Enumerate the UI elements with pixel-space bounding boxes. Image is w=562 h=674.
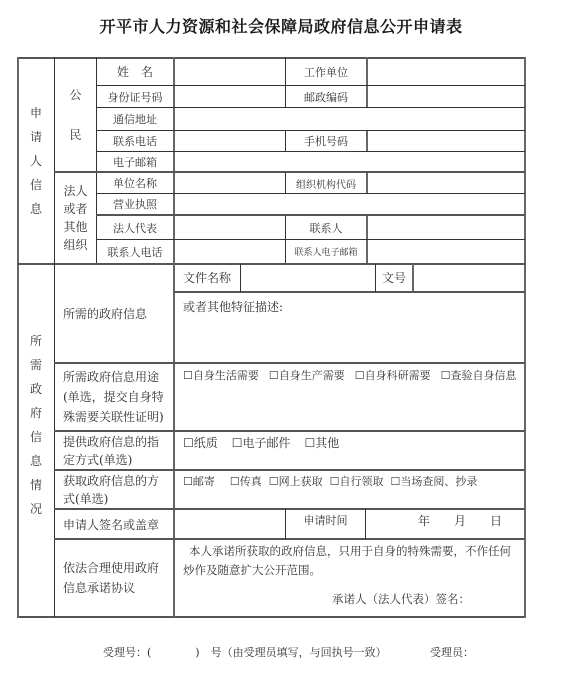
doc-name-label: 文件名称: [175, 264, 240, 291]
doc-number-input[interactable]: [414, 264, 524, 291]
purpose-label: 所需政府信息用途 (单选，提交自身特 殊需要关联性证明): [55, 364, 173, 430]
label-char: 信: [30, 179, 42, 191]
application-date-field[interactable]: 年 月 日: [366, 510, 524, 530]
agreement-text: 本人承诺所获取的政府信息，只用于自身的特殊需要，不作任何 炒作及随意扩大公开范围…: [175, 540, 524, 616]
label-char: 息: [30, 203, 42, 215]
agreement-text-line1: 本人承诺所获取的政府信息，只用于自身的特殊需要，不作任何: [183, 542, 520, 561]
purpose-option-living[interactable]: ☐自身生活需要: [183, 367, 259, 383]
org-code-label: 组织机构代码: [286, 173, 366, 193]
mobile-input[interactable]: [368, 131, 524, 151]
label-line: 提供政府信息的指: [63, 433, 159, 451]
label-char: 府: [30, 407, 42, 419]
delivery-format-label: 提供政府信息的指 定方式(单选): [55, 432, 173, 469]
name-input[interactable]: [175, 58, 285, 85]
label-line: 其他: [63, 221, 87, 233]
receipt-number: 受理号：( ) 号（由受理员填写，与回执号一致）: [103, 644, 387, 660]
id-number-input[interactable]: [175, 86, 285, 107]
label-char: 信: [30, 431, 42, 443]
retrieval-option-mail[interactable]: ☐邮寄: [183, 473, 215, 489]
label-char: 公: [69, 89, 81, 101]
label-char: 申: [30, 107, 42, 119]
contact-person-label: 联系人: [286, 216, 366, 239]
delivery-option-other[interactable]: ☐其他: [305, 434, 340, 451]
delivery-format-options: ☐纸质 ☐电子邮件 ☐其他: [175, 432, 524, 452]
signature-label: 申请人签名或盖章: [55, 510, 173, 538]
unit-name-input[interactable]: [175, 173, 285, 193]
phone-input[interactable]: [175, 131, 285, 151]
agreement-label: 依法合理使用政府 信息承诺协议: [55, 540, 173, 616]
label-char: 民: [69, 129, 81, 141]
label-char: 所: [30, 335, 42, 347]
organization-label: 法人 或者 其他 组织: [55, 172, 96, 263]
retrieval-option-onsite[interactable]: ☐当场查阅、抄录: [391, 473, 478, 489]
delivery-option-paper[interactable]: ☐纸质: [183, 434, 218, 451]
agreement-signer: 承诺人（法人代表）签名：: [183, 590, 520, 609]
label-line: 定方式(单选): [63, 451, 132, 469]
retrieval-method-options: ☐邮寄 ☐传真 ☐网上获取 ☐自行领取 ☐当场查阅、抄录: [175, 471, 524, 491]
contact-phone-label: 联系人电话: [97, 240, 173, 263]
work-unit-label: 工作单位: [286, 58, 366, 85]
label-line: (单选，提交自身特: [63, 387, 164, 407]
retrieval-option-self-pickup[interactable]: ☐自行领取: [330, 473, 384, 489]
label-line: 所需政府信息用途: [63, 367, 159, 387]
org-code-input[interactable]: [368, 173, 524, 193]
label-line: 组织: [63, 239, 87, 251]
required-info-section-label: 所 需 政 府 信 息 情 况: [18, 264, 54, 616]
application-time-label: 申请时间: [286, 510, 365, 530]
label-char: 情: [30, 479, 42, 491]
signature-field[interactable]: [175, 510, 285, 538]
retrieval-method-label: 获取政府信息的方 式(单选): [55, 471, 173, 508]
required-info-label: 所需的政府信息: [55, 264, 173, 362]
other-description-label: 或者其他特征描述:: [183, 298, 283, 315]
mobile-label: 手机号码: [286, 131, 366, 151]
label-line: 或者: [63, 203, 87, 215]
purpose-option-verify[interactable]: ☐查验自身信息: [441, 367, 517, 383]
label-line: 式(单选): [63, 490, 108, 508]
address-label: 通信地址: [97, 108, 173, 130]
label-char: 请: [30, 131, 42, 143]
purpose-options: ☐自身生活需要 ☐自身生产需要 ☐自身科研需要 ☐查验自身信息: [175, 364, 524, 386]
unit-name-label: 单位名称: [97, 173, 173, 193]
retrieval-option-online[interactable]: ☐网上获取: [269, 473, 323, 489]
label-line: 法人: [63, 185, 87, 197]
email-label: 电子邮箱: [97, 152, 173, 171]
business-license-label: 营业执照: [97, 194, 173, 214]
label-line: 信息承诺协议: [63, 578, 135, 598]
applicant-info-label: 申 请 人 信 息: [18, 58, 54, 263]
label-char: 政: [30, 383, 42, 395]
contact-person-input[interactable]: [368, 216, 524, 239]
work-unit-input[interactable]: [368, 58, 524, 85]
contact-email-label: 联系人电子邮箱: [286, 240, 366, 263]
phone-label: 联系电话: [97, 131, 173, 151]
legal-rep-label: 法人代表: [97, 216, 173, 239]
retrieval-option-fax[interactable]: ☐传真: [230, 473, 262, 489]
label-char: 人: [30, 155, 42, 167]
form-title: 开平市人力资源和社会保障局政府信息公开申请表: [0, 14, 562, 37]
label-char: 需: [30, 359, 42, 371]
email-input[interactable]: [175, 152, 524, 171]
contact-email-input[interactable]: [368, 240, 524, 263]
label-char: 况: [30, 503, 42, 515]
agreement-text-line2: 炒作及随意扩大公开范围。: [183, 561, 520, 580]
handler-label: 受理员：: [430, 644, 474, 660]
label-char: 息: [30, 455, 42, 467]
name-label: 姓 名: [97, 58, 173, 85]
business-license-input[interactable]: [175, 194, 524, 214]
legal-rep-input[interactable]: [175, 216, 285, 239]
other-description-field[interactable]: 或者其他特征描述:: [175, 293, 524, 362]
label-line: 获取政府信息的方: [63, 472, 159, 490]
id-number-label: 身份证号码: [97, 86, 173, 107]
label-line: 殊需要关联性证明): [63, 407, 164, 427]
doc-name-input[interactable]: [241, 264, 375, 291]
delivery-option-email[interactable]: ☐电子邮件: [232, 434, 291, 451]
address-input[interactable]: [175, 108, 524, 130]
doc-number-label: 文号: [376, 264, 412, 291]
postal-code-input[interactable]: [368, 86, 524, 107]
label-line: 依法合理使用政府: [63, 558, 159, 578]
purpose-option-production[interactable]: ☐自身生产需要: [269, 367, 345, 383]
citizen-label: 公 民: [55, 58, 96, 171]
contact-phone-input[interactable]: [175, 240, 285, 263]
purpose-option-research[interactable]: ☐自身科研需要: [355, 367, 431, 383]
postal-code-label: 邮政编码: [286, 86, 366, 107]
